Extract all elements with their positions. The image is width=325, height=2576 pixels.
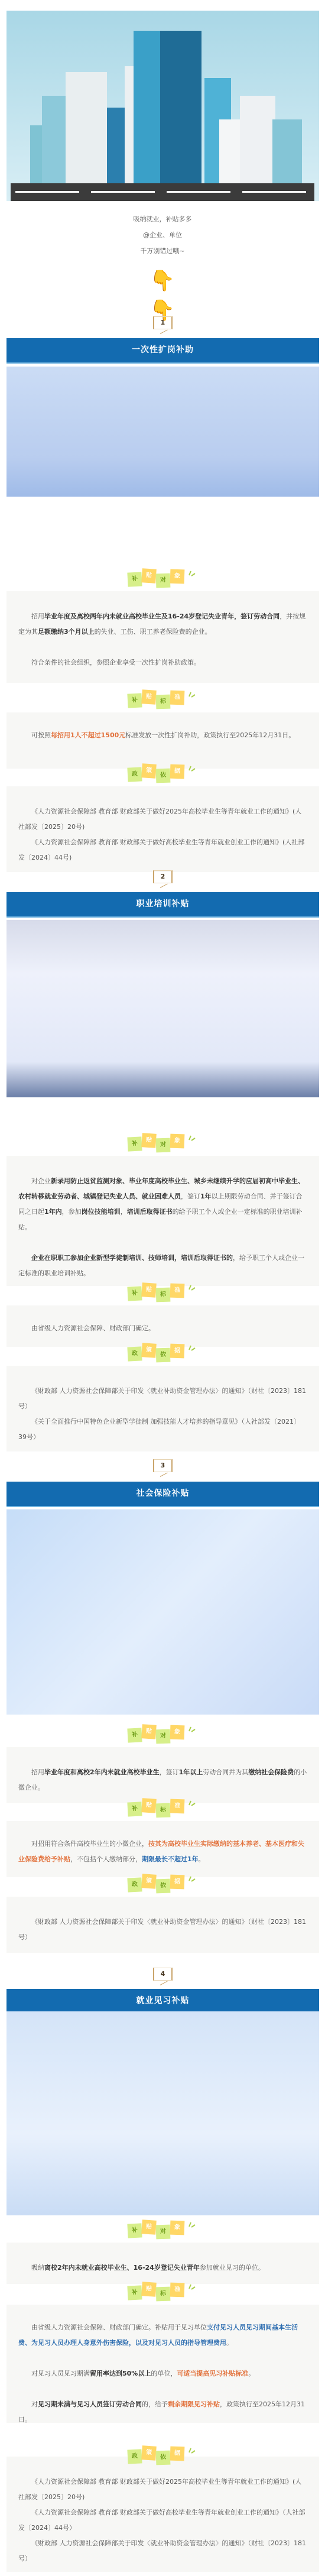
sparkle-icon [188,763,196,769]
sparkle-icon [188,689,196,695]
label-char: 依 [156,769,171,783]
paragraph: 由省级人力资源社会保障、财政部门确定。补贴用于见习单位支付见习人员见习期间基本生… [18,2320,307,2351]
vocational-training-subsidy-target-label: 补贴对象 [128,1132,196,1155]
highlight-text: 毕业年度和离校2年内未就业高校毕业生 [44,1768,160,1776]
label-char: 补 [127,1286,142,1301]
label-char: 准 [170,1799,185,1814]
highlight-text: 企业在职职工参加企业新型学徒制培训、技师培训，培训后取得证书的 [31,1254,233,1262]
label-char: 依 [156,2451,171,2465]
internship-subsidy-standard-label: 补贴标准 [128,2281,196,2303]
paragraph: 吸纳离校2年内未就业高校毕业生、16-24岁登记失业青年参加就业见习的单位。 [18,2260,307,2276]
paragraph: 对见习期未满与见习人员签订劳动合同的，给予剩余期限见习补贴，政策执行至2025年… [18,2397,307,2428]
label-char: 象 [170,1134,185,1149]
paragraph: 《人力资源社会保障部 教育部 财政部关于做好高校毕业生等青年就业创业工作的通知》… [18,2505,307,2536]
label-char: 补 [127,1728,142,1742]
one-time-expansion-subsidy-number-badge: 1 [153,316,173,329]
label-char: 标 [156,2287,171,2302]
label-char: 准 [170,691,185,705]
label-char: 据 [170,2447,185,2461]
sparkle-icon [188,2445,196,2451]
internship-subsidy-target-label: 补贴对象 [128,2219,196,2241]
text-run: 吸纳 [31,2264,44,2272]
internship-subsidy-number-badge: 4 [153,1968,173,1981]
paragraph: 符合条件的社会组织，参照企业享受一次性扩岗补助政策。 [18,655,307,670]
one-time-expansion-subsidy-basis-label: 政策依据 [128,763,196,785]
label-char: 政 [127,767,142,782]
highlight-text: 见习期未满与见习人员签订劳动合同 [38,2400,142,2408]
paragraph: 招用毕业年度和离校2年内未就业高校毕业生，签订1年以上劳动合同并为其缴纳社会保险… [18,1765,307,1796]
sparkle-icon [188,2219,196,2225]
highlight-text: 留用率达到50%以上 [90,2370,151,2377]
one-time-expansion-subsidy-standard-label: 补贴标准 [128,689,196,711]
label-char: 象 [170,2221,185,2235]
text-run: 参加就业见习的单位。 [200,2264,265,2272]
social-insurance-subsidy-target-label: 补贴对象 [128,1723,196,1746]
label-char: 依 [156,1348,171,1363]
highlight-text: 离校2年内未就业高校毕业生、16-24岁登记失业青年 [44,2264,200,2272]
text-run: 。 [226,2339,233,2347]
text-run: ，参加 [62,1208,82,1216]
label-char: 贴 [141,568,157,584]
label-char: 贴 [141,2219,157,2235]
text-run: ，签订 [160,1768,179,1776]
internship-subsidy-target-card: 吸纳离校2年内未就业高校毕业生、16-24岁登记失业青年参加就业见习的单位。 [6,2243,319,2284]
text-run: 对招用符合条件高校毕业生的小微企业， [31,1840,148,1848]
label-char: 对 [156,1729,171,1744]
paragraph: 《财政部 人力资源社会保障部关于印发〈就业补助资金管理办法〉的通知》（财社〔20… [18,1383,307,1414]
social-insurance-subsidy-standard-card: 对招用符合条件高校毕业生的小微企业，按其为高校毕业生实际缴纳的基本养老、基本医疗… [6,1821,319,1877]
paragraph: 对企业新录用防止返贫监测对象、毕业年度高校毕业生、城乡未继续升学的应届初高中毕业… [18,1174,307,1235]
text-run: 符合条件的社会组织，参照企业享受一次性扩岗补助政策。 [31,659,200,666]
highlight-text: 可适当提高见习补贴标准 [177,2370,248,2377]
sparkle-icon [188,1797,196,1803]
label-char: 对 [156,1138,171,1153]
label-char: 对 [156,573,171,588]
sparkle-icon [188,568,196,573]
highlight-text: 剩余期限见习补贴 [168,2400,220,2408]
label-char: 补 [127,693,142,708]
text-run: 标准发放一次性扩岗补助，政策执行至2025年12月31日。 [125,731,295,739]
label-char: 补 [127,2285,142,2300]
label-char: 标 [156,1803,171,1818]
paragraph: 企业在职职工参加企业新型学徒制培训、技师培训，培训后取得证书的，给予职工个人或企… [18,1250,307,1281]
text-run: ， [121,1208,127,1216]
text-run: 招用 [31,613,44,620]
isometric-data-illustration [6,1509,319,1715]
internship-subsidy-basis-card: 《人力资源社会保障部 教育部 财政部关于做好2025年高校毕业生等青年就业工作的… [6,2457,319,2572]
label-char: 政 [127,2449,142,2464]
sparkle-icon [188,1132,196,1138]
social-insurance-subsidy-title: 社会保险补贴 [6,1482,319,1507]
one-time-expansion-subsidy-target-label: 补贴对象 [128,568,196,590]
intro-line-1: 吸纳就业，补贴多多 [0,214,325,223]
paragraph: 可按照每招用1人不超过1500元标准发放一次性扩岗补助，政策执行至2025年12… [18,728,307,743]
text-run: 的，给予 [142,2400,168,2408]
label-char: 补 [127,1136,142,1151]
label-char: 贴 [141,1133,157,1148]
label-char: 据 [170,1875,185,1890]
label-char: 贴 [141,1282,157,1298]
label-char: 贴 [141,689,157,705]
pointing-down-hands-icon: 👇👇 [142,266,183,296]
label-char: 贴 [141,1724,157,1739]
label-char: 政 [127,1346,142,1361]
paragraph: 《人力资源社会保障部 教育部 财政部关于做好2025年高校毕业生等青年就业工作的… [18,2474,307,2505]
label-char: 策 [141,1343,157,1358]
highlight-text: 每招用1人不超过1500元 [51,731,125,739]
text-run: ，签订 [181,1193,200,1200]
text-run: 招用 [31,1768,44,1776]
vocational-training-subsidy-basis-card: 《财政部 人力资源社会保障部关于印发〈就业补助资金管理办法〉的通知》（财社〔20… [6,1366,319,1451]
vocational-training-subsidy-basis-label: 政策依据 [128,1342,196,1365]
vocational-training-subsidy-number-badge: 2 [153,870,173,883]
label-char: 策 [141,763,157,779]
highlight-text: 1年以上 [179,1768,203,1776]
intro-line-3: 千万别错过哦~ [0,246,325,255]
highlight-text: 足额缴纳3个月以上 [38,628,95,636]
label-char: 政 [127,1877,142,1892]
label-char: 象 [170,1725,185,1740]
label-char: 策 [141,2445,157,2461]
text-run: 的失业、工伤、职工养老保险费的企业。 [95,628,212,636]
paragraph: 招用毕业年度及离校两年内未就业高校毕业生及16-24岁登记失业青年，签订劳动合同… [18,609,307,640]
paragraph: 《关于全面推行中国特色企业新型学徒制 加强技能人才培养的指导意见》（人社部发〔2… [18,1414,307,1445]
one-time-expansion-subsidy-title: 一次性扩岗补助 [6,338,319,364]
text-run: 由省级人力资源社会保障、财政部门确定。 [31,1324,155,1332]
highlight-text: 毕业年度及离校两年内未就业高校毕业生及16-24岁登记失业青年，签订劳动合同 [44,613,279,620]
office-meeting-illustration [6,367,319,497]
text-run: 对见习人员见习期满 [31,2370,90,2377]
hero-city-illustration [6,11,319,201]
team-internship-illustration [6,2011,319,2215]
highlight-text: 培训后取得证书 [127,1208,173,1216]
text-run: 劳动合同并为其 [203,1768,248,1776]
label-char: 补 [127,572,142,587]
social-insurance-subsidy-target-card: 招用毕业年度和离校2年内未就业高校毕业生，签订1年以上劳动合同并为其缴纳社会保险… [6,1747,319,1803]
one-time-expansion-subsidy-basis-card: 《人力资源社会保障部 教育部 财政部关于做好2025年高校毕业生等青年就业工作的… [6,786,319,872]
text-run: 由省级人力资源社会保障、财政部门确定。补贴用于见习单位 [31,2324,207,2331]
intro-line-2: @企业、单位 [0,230,325,239]
paragraph: 对见习人员见习期满留用率达到50%以上的单位，可适当提高见习补贴标准。 [18,2366,307,2381]
paragraph: 对招用符合条件高校毕业生的小微企业，按其为高校毕业生实际缴纳的基本养老、基本医疗… [18,1836,307,1867]
vocational-training-subsidy-target-card: 对企业新录用防止返贫监测对象、毕业年度高校毕业生、城乡未继续升学的应届初高中毕业… [6,1156,319,1286]
text-run: 对企业 [31,1177,51,1185]
highlight-text: 1年内 [44,1208,62,1216]
paragraph: 由省级人力资源社会保障、财政部门确定。 [18,1321,307,1336]
label-char: 贴 [141,2282,157,2297]
text-run: 的单位， [151,2370,177,2377]
sparkle-icon [188,1282,196,1288]
paragraph: 《财政部 人力资源社会保障部关于印发〈就业补助资金管理办法〉的通知》（财社〔20… [18,1914,307,1945]
vocational-training-subsidy-standard-label: 补贴标准 [128,1282,196,1304]
article: 吸纳就业，补贴多多 @企业、单位 千万别错过哦~ 👇👇 1一次性扩岗补助招用毕业… [0,0,325,2576]
internship-subsidy-title: 就业见习补贴 [6,1989,319,2014]
one-time-expansion-subsidy-target-card: 招用毕业年度及离校两年内未就业高校毕业生及16-24岁登记失业青年，签订劳动合同… [6,591,319,683]
text-run: 对 [31,2400,38,2408]
internship-subsidy-standard-card: 由省级人力资源社会保障、财政部门确定。补贴用于见习单位支付见习人员见习期间基本生… [6,2305,319,2423]
label-char: 据 [170,1344,185,1359]
highlight-text: 期限最长不超过1年 [142,1855,199,1863]
road [11,183,314,201]
label-char: 贴 [141,1798,157,1813]
vocational-training-subsidy-title: 职业培训补贴 [6,892,319,918]
social-insurance-subsidy-basis-label: 政策依据 [128,1873,196,1895]
internship-subsidy-basis-label: 政策依据 [128,2445,196,2467]
highlight-text: 岗位技能培训 [82,1208,121,1216]
label-char: 标 [156,1288,171,1302]
sparkle-icon [188,1873,196,1879]
label-char: 标 [156,695,171,709]
paragraph: 《人力资源社会保障部 教育部 财政部关于做好高校毕业生等青年就业创业工作的通知》… [18,835,307,866]
label-char: 策 [141,1874,157,1889]
training-presentation-illustration [6,920,319,1097]
social-insurance-subsidy-standard-label: 补贴标准 [128,1797,196,1820]
social-insurance-subsidy-number-badge: 3 [153,1459,173,1472]
highlight-text: 缴纳社会保险费 [248,1768,294,1776]
text-run: ，不包括个人缴纳部分， [70,1855,142,1863]
text-run: 。 [248,2370,255,2377]
sparkle-icon [188,1342,196,1348]
label-char: 补 [127,2223,142,2238]
one-time-expansion-subsidy-standard-card: 可按照每招用1人不超过1500元标准发放一次性扩岗补助，政策执行至2025年12… [6,712,319,769]
label-char: 依 [156,1879,171,1894]
paragraph: 《财政部 人力资源社会保障部关于印发〈就业补助资金管理办法〉的通知》（财社〔20… [18,2536,307,2567]
label-char: 象 [170,569,185,584]
label-char: 准 [170,2283,185,2298]
paragraph: 《人力资源社会保障部 教育部 财政部关于做好2025年高校毕业生等青年就业工作的… [18,804,307,835]
highlight-text: 1年 [200,1193,212,1200]
vocational-training-subsidy-standard-card: 由省级人力资源社会保障、财政部门确定。 [6,1305,319,1347]
label-char: 准 [170,1284,185,1298]
sparkle-icon [188,1723,196,1729]
social-insurance-subsidy-basis-card: 《财政部 人力资源社会保障部关于印发〈就业补助资金管理办法〉的通知》（财社〔20… [6,1897,319,1953]
text-run: 。 [199,1855,205,1863]
label-char: 补 [127,1801,142,1816]
sparkle-icon [188,2281,196,2287]
label-char: 据 [170,764,185,779]
text-run: 可按照 [31,731,51,739]
label-char: 对 [156,2225,171,2240]
